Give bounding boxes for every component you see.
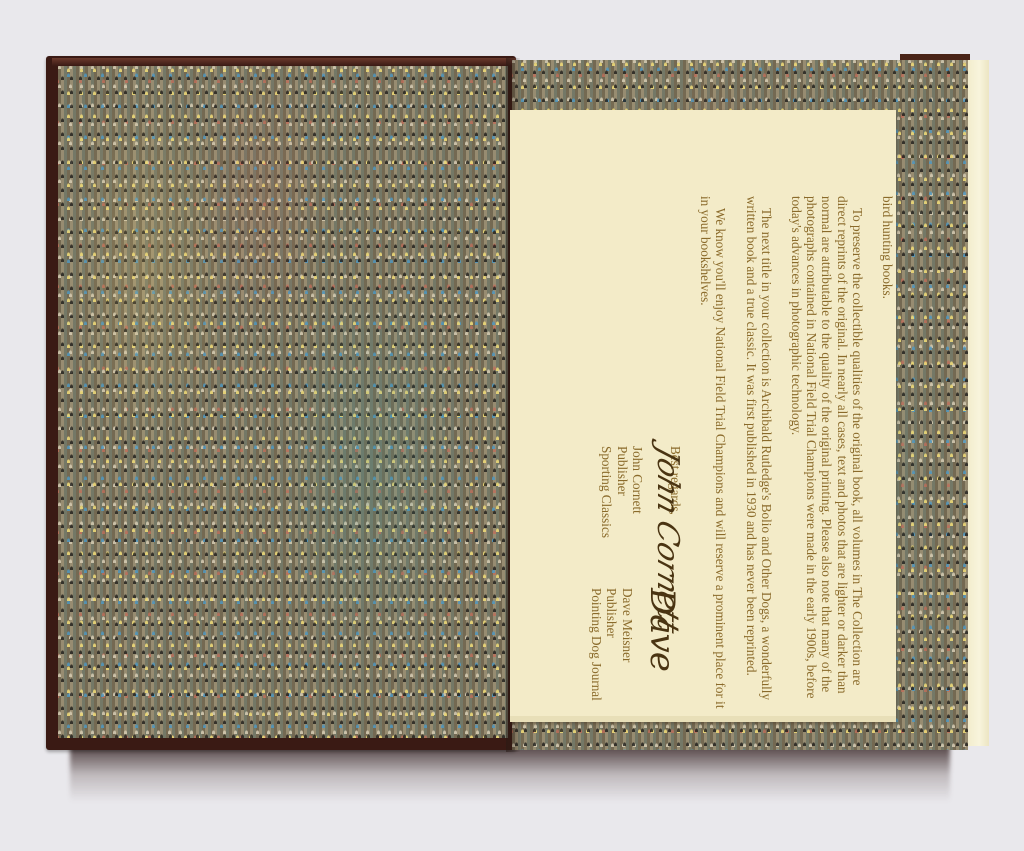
- page-block-edge: [965, 60, 989, 746]
- letter-paragraph-3: We know you'll enjoy National Field Tria…: [698, 196, 728, 716]
- signatory-right: Dave Meisner Publisher Pointing Dog Jour…: [588, 588, 635, 701]
- letter-paragraph-1: To preserve the collectible qualities of…: [789, 196, 865, 716]
- left-marbled-endpaper: [58, 66, 508, 738]
- letter-paragraph-2: The next title in your collection is Arc…: [743, 196, 773, 716]
- signature-area: Best regards, John Cornett Publisher Spo…: [573, 196, 683, 716]
- signatory-organization: Sporting Classics: [599, 446, 615, 538]
- signatory-title: Publisher: [614, 446, 630, 538]
- letter-text: bird hunting books. To preserve the coll…: [573, 196, 895, 716]
- letter-card-edge: [510, 716, 896, 722]
- signatory-name: Dave Meisner: [619, 588, 635, 701]
- letter-lead-line: bird hunting books.: [880, 196, 895, 716]
- signatory-name: John Cornett: [630, 446, 646, 538]
- photo-scene: bird hunting books. To preserve the coll…: [0, 0, 1024, 851]
- signatory-title: Publisher: [604, 588, 620, 701]
- signatory-organization: Pointing Dog Journal: [588, 588, 604, 701]
- handwritten-signature-dave: Dave: [654, 588, 669, 671]
